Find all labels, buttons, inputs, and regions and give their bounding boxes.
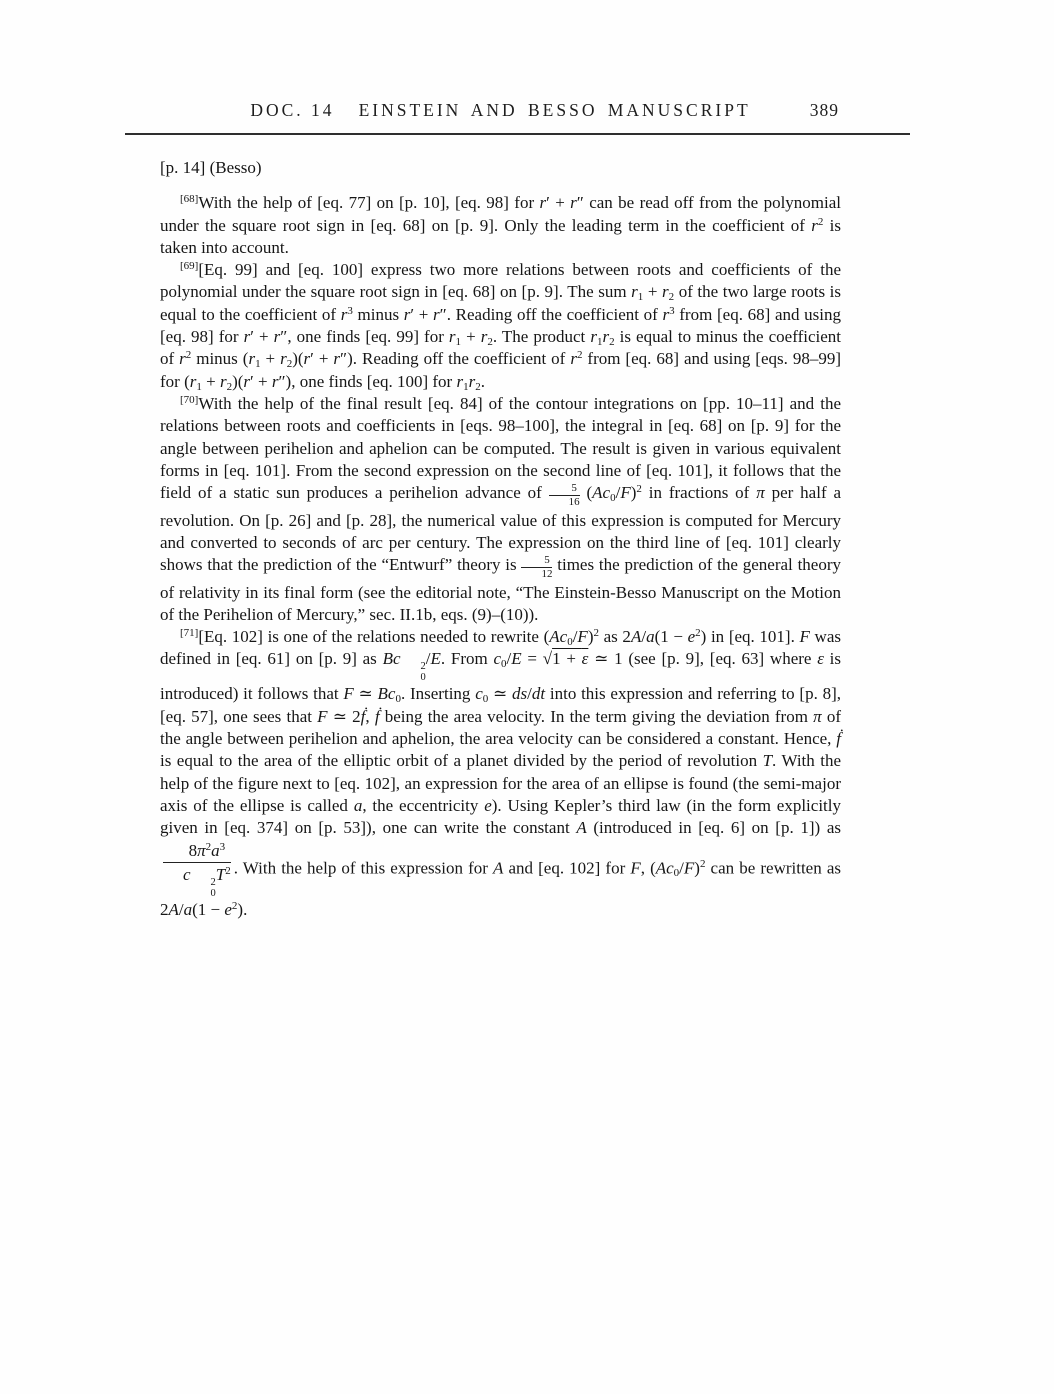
book-page: DOC. 14 EINSTEIN AND BESSO MANUSCRIPT 38… [0, 0, 1054, 1394]
page-body: [p. 14] (Besso) [68]With the help of [eq… [160, 157, 841, 921]
page-number: 389 [810, 100, 839, 121]
header-rule [125, 133, 910, 135]
section-label: [p. 14] (Besso) [160, 157, 841, 179]
editorial-note-71: [71][Eq. 102] is one of the relations ne… [160, 626, 841, 921]
doc-label: DOC. 14 [250, 100, 334, 121]
editorial-note-69: [69][Eq. 99] and [eq. 100] express two m… [160, 259, 841, 393]
editorial-note-70: [70]With the help of the final result [e… [160, 393, 841, 626]
running-head: DOC. 14 EINSTEIN AND BESSO MANUSCRIPT 38… [160, 100, 841, 126]
editorial-note-68: [68]With the help of [eq. 77] on [p. 10]… [160, 192, 841, 259]
running-title: EINSTEIN AND BESSO MANUSCRIPT [359, 100, 751, 121]
